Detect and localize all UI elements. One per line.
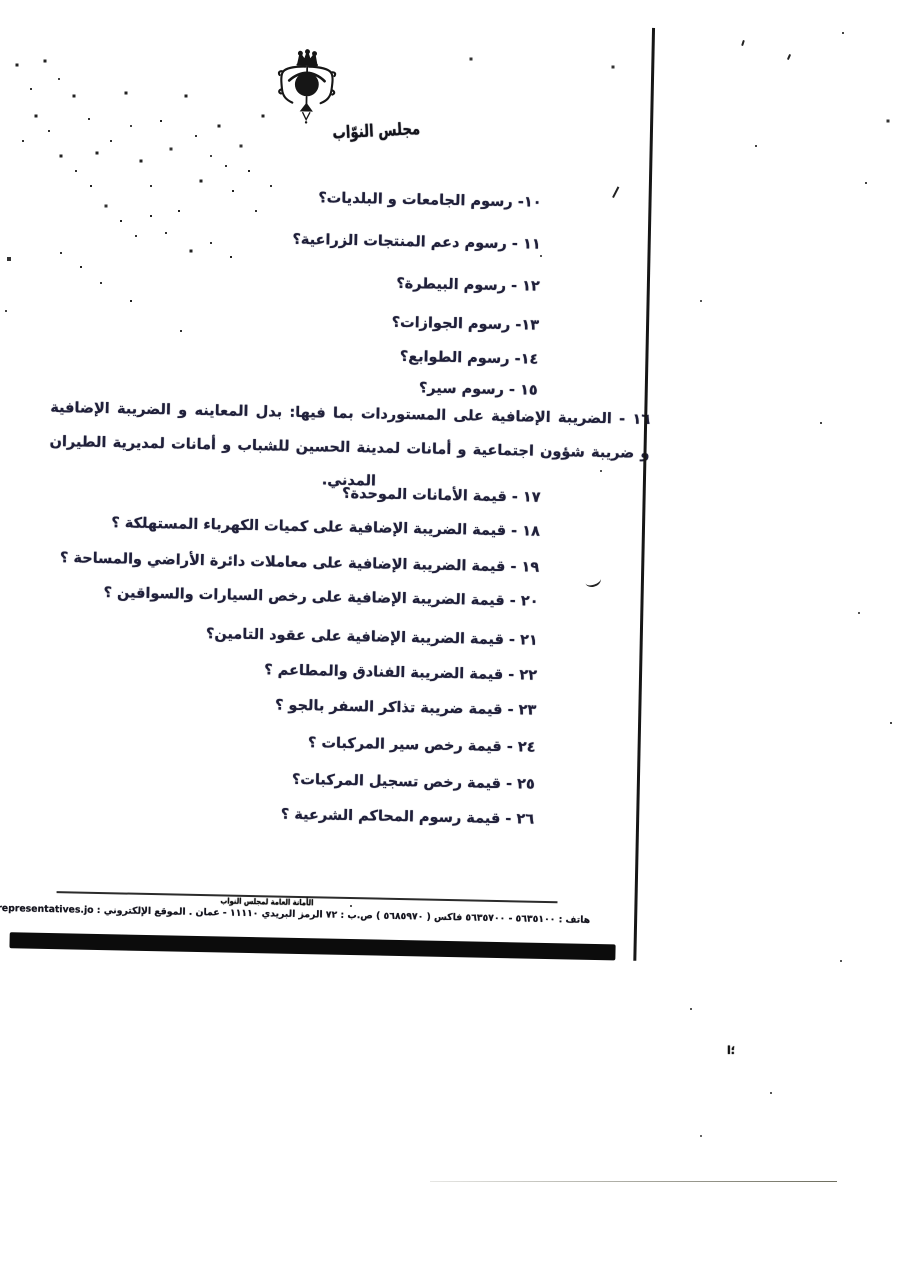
question-item-11: ١١ - رسوم دعم المنتجات الزراعية؟ <box>292 232 541 253</box>
question-item-14: ١٤- رسوم الطوابع؟ <box>400 349 539 368</box>
page-scan-bottom-edge-bar <box>9 932 615 960</box>
question-item-20: ٢٠ - قيمة الضريبة الإضافية على رخص السيا… <box>103 585 538 610</box>
question-item-25: ٢٥ - قيمة رخص تسجيل المركبات؟ <box>292 772 535 793</box>
question-item-18: ١٨ - قيمة الضريبة الإضافية على كميات الك… <box>111 515 540 540</box>
question-item-23: ٢٣ - قيمة ضريبة تذاكر السفر بالجو ؟ <box>275 697 537 718</box>
scan-stray-mark <box>612 186 619 198</box>
scanned-document-page: مجلس النوّاب ١٠- رسوم الجامعات و البلديا… <box>0 0 905 1280</box>
scan-fold-line <box>430 1181 837 1182</box>
question-item-12: ١٢ - رسوم البيطرة؟ <box>396 276 540 295</box>
question-item-19: ١٩ - قيمة الضريبة الإضافية على معاملات د… <box>60 550 540 576</box>
question-item-26: ٢٦ - قيمة رسوم المحاكم الشرعية ؟ <box>281 807 535 828</box>
royal-crest-logo <box>270 48 344 125</box>
question-item-24: ٢٤ - قيمة رخص سير المركبات ؟ <box>308 735 536 756</box>
footer-secretariat-line: الأمانة العامة لمجلس النواب <box>220 896 313 907</box>
question-item-22: ٢٢ - قيمة الضريبة الفنادق والمطاعم ؟ <box>264 662 537 683</box>
question-item-13: ١٣- رسوم الجوازات؟ <box>392 315 540 334</box>
scan-stray-mark <box>584 573 603 589</box>
question-item-15: ١٥ - رسوم سير؟ <box>419 380 538 398</box>
question-item-10: ١٠- رسوم الجامعات و البلديات؟ <box>318 190 542 210</box>
scan-page: مجلس النوّاب ١٠- رسوم الجامعات و البلديا… <box>0 0 905 1280</box>
scan-stray-glyph: ؛ا <box>727 1044 735 1057</box>
org-calligraphy-title: مجلس النوّاب <box>332 119 421 143</box>
question-item-17: ١٧ - قيمة الأمانات الموحدة؟ <box>342 486 541 506</box>
question-item-21: ٢١ - قيمة الضريبة الإضافية على عقود التا… <box>206 626 538 649</box>
